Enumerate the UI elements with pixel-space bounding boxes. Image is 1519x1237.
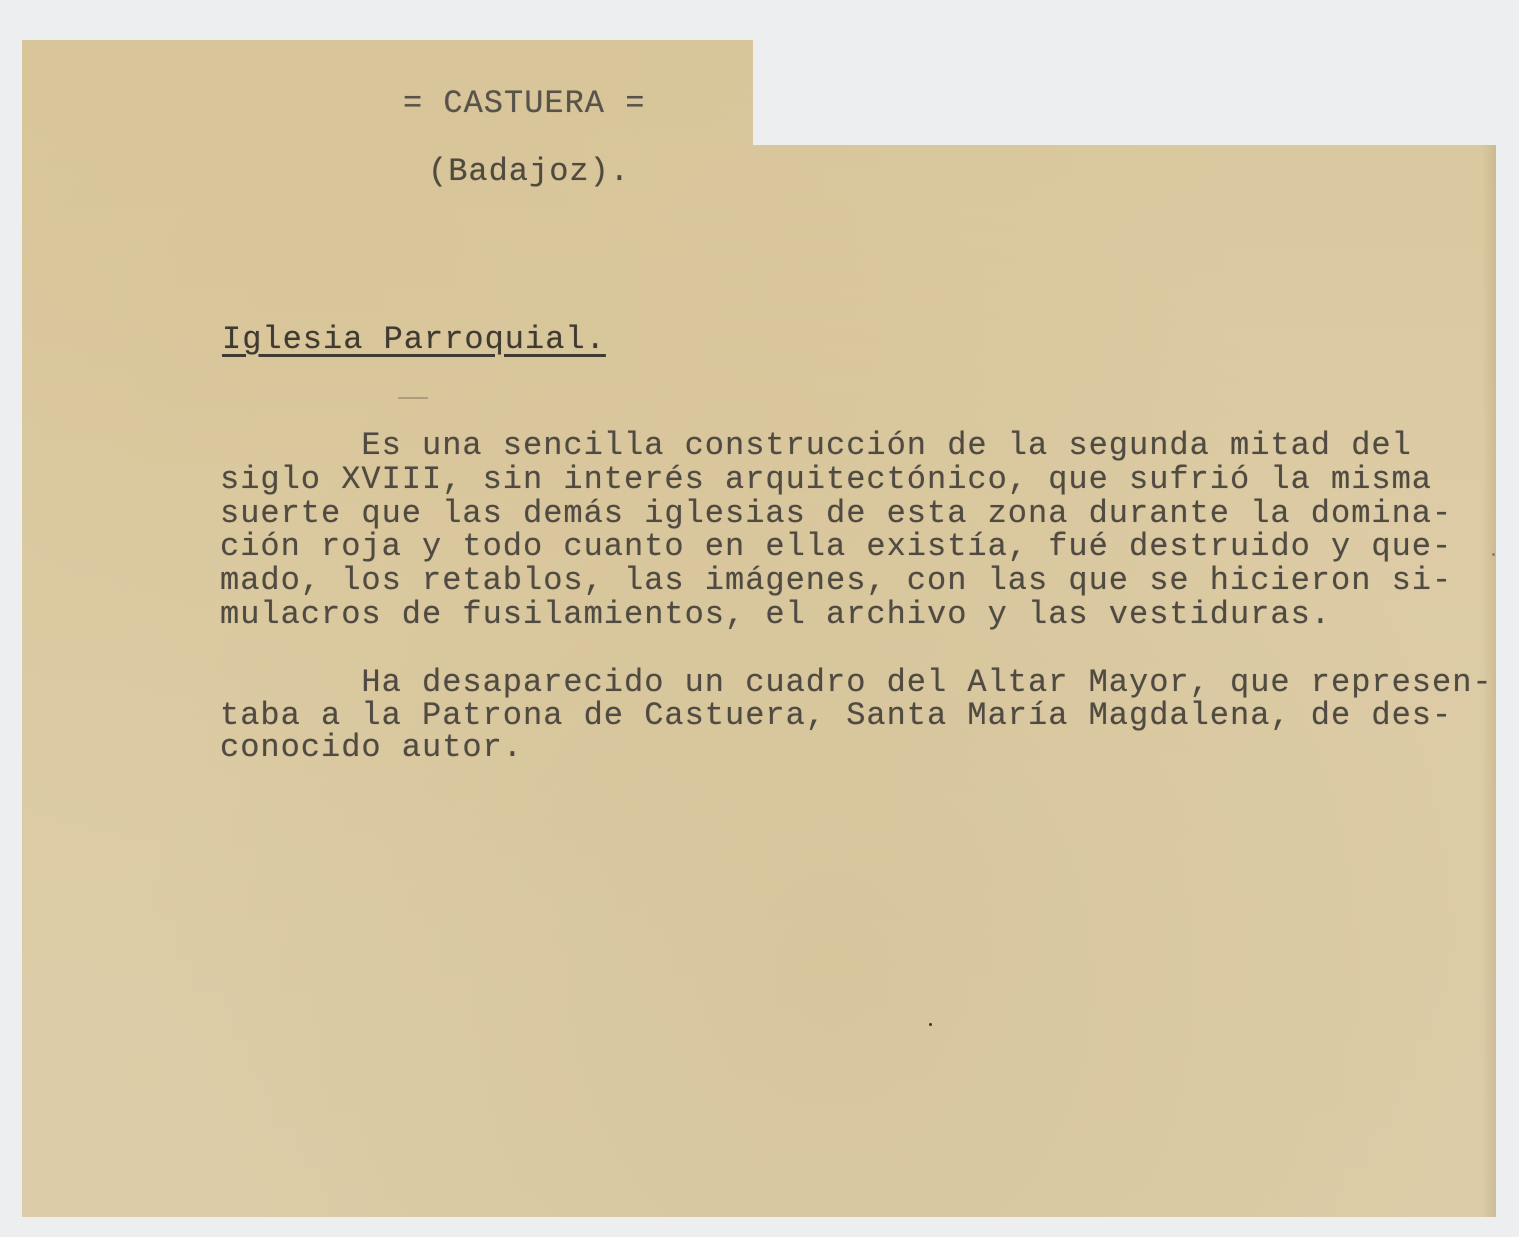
document-title: = CASTUERA = bbox=[403, 88, 645, 120]
paragraph-line: conocido autor. bbox=[220, 732, 523, 764]
paragraph-line: Es una sencilla construcción de la segun… bbox=[220, 430, 1412, 462]
paragraph-line: Ha desaparecido un cuadro del Altar Mayo… bbox=[220, 667, 1493, 699]
document-subtitle: (Badajoz). bbox=[428, 156, 630, 188]
paragraph-line: mado, los retablos, las imágenes, con la… bbox=[220, 565, 1452, 597]
paragraph-line: taba a la Patrona de Castuera, Santa Mar… bbox=[220, 700, 1452, 732]
stray-dash-mark bbox=[398, 397, 428, 399]
paper-notch-cutout bbox=[753, 40, 1496, 145]
paper-speck bbox=[929, 1023, 932, 1026]
paragraph-line: mulacros de fusilamientos, el archivo y … bbox=[220, 599, 1331, 631]
section-heading: Iglesia Parroquial. bbox=[222, 324, 606, 356]
paragraph-line: siglo XVIII, sin interés arquitectónico,… bbox=[220, 464, 1432, 496]
paper-speck bbox=[1492, 553, 1495, 556]
paragraph-line: ción roja y todo cuanto en ella existía,… bbox=[220, 531, 1452, 563]
paragraph-line: suerte que las demás iglesias de esta zo… bbox=[220, 498, 1452, 530]
